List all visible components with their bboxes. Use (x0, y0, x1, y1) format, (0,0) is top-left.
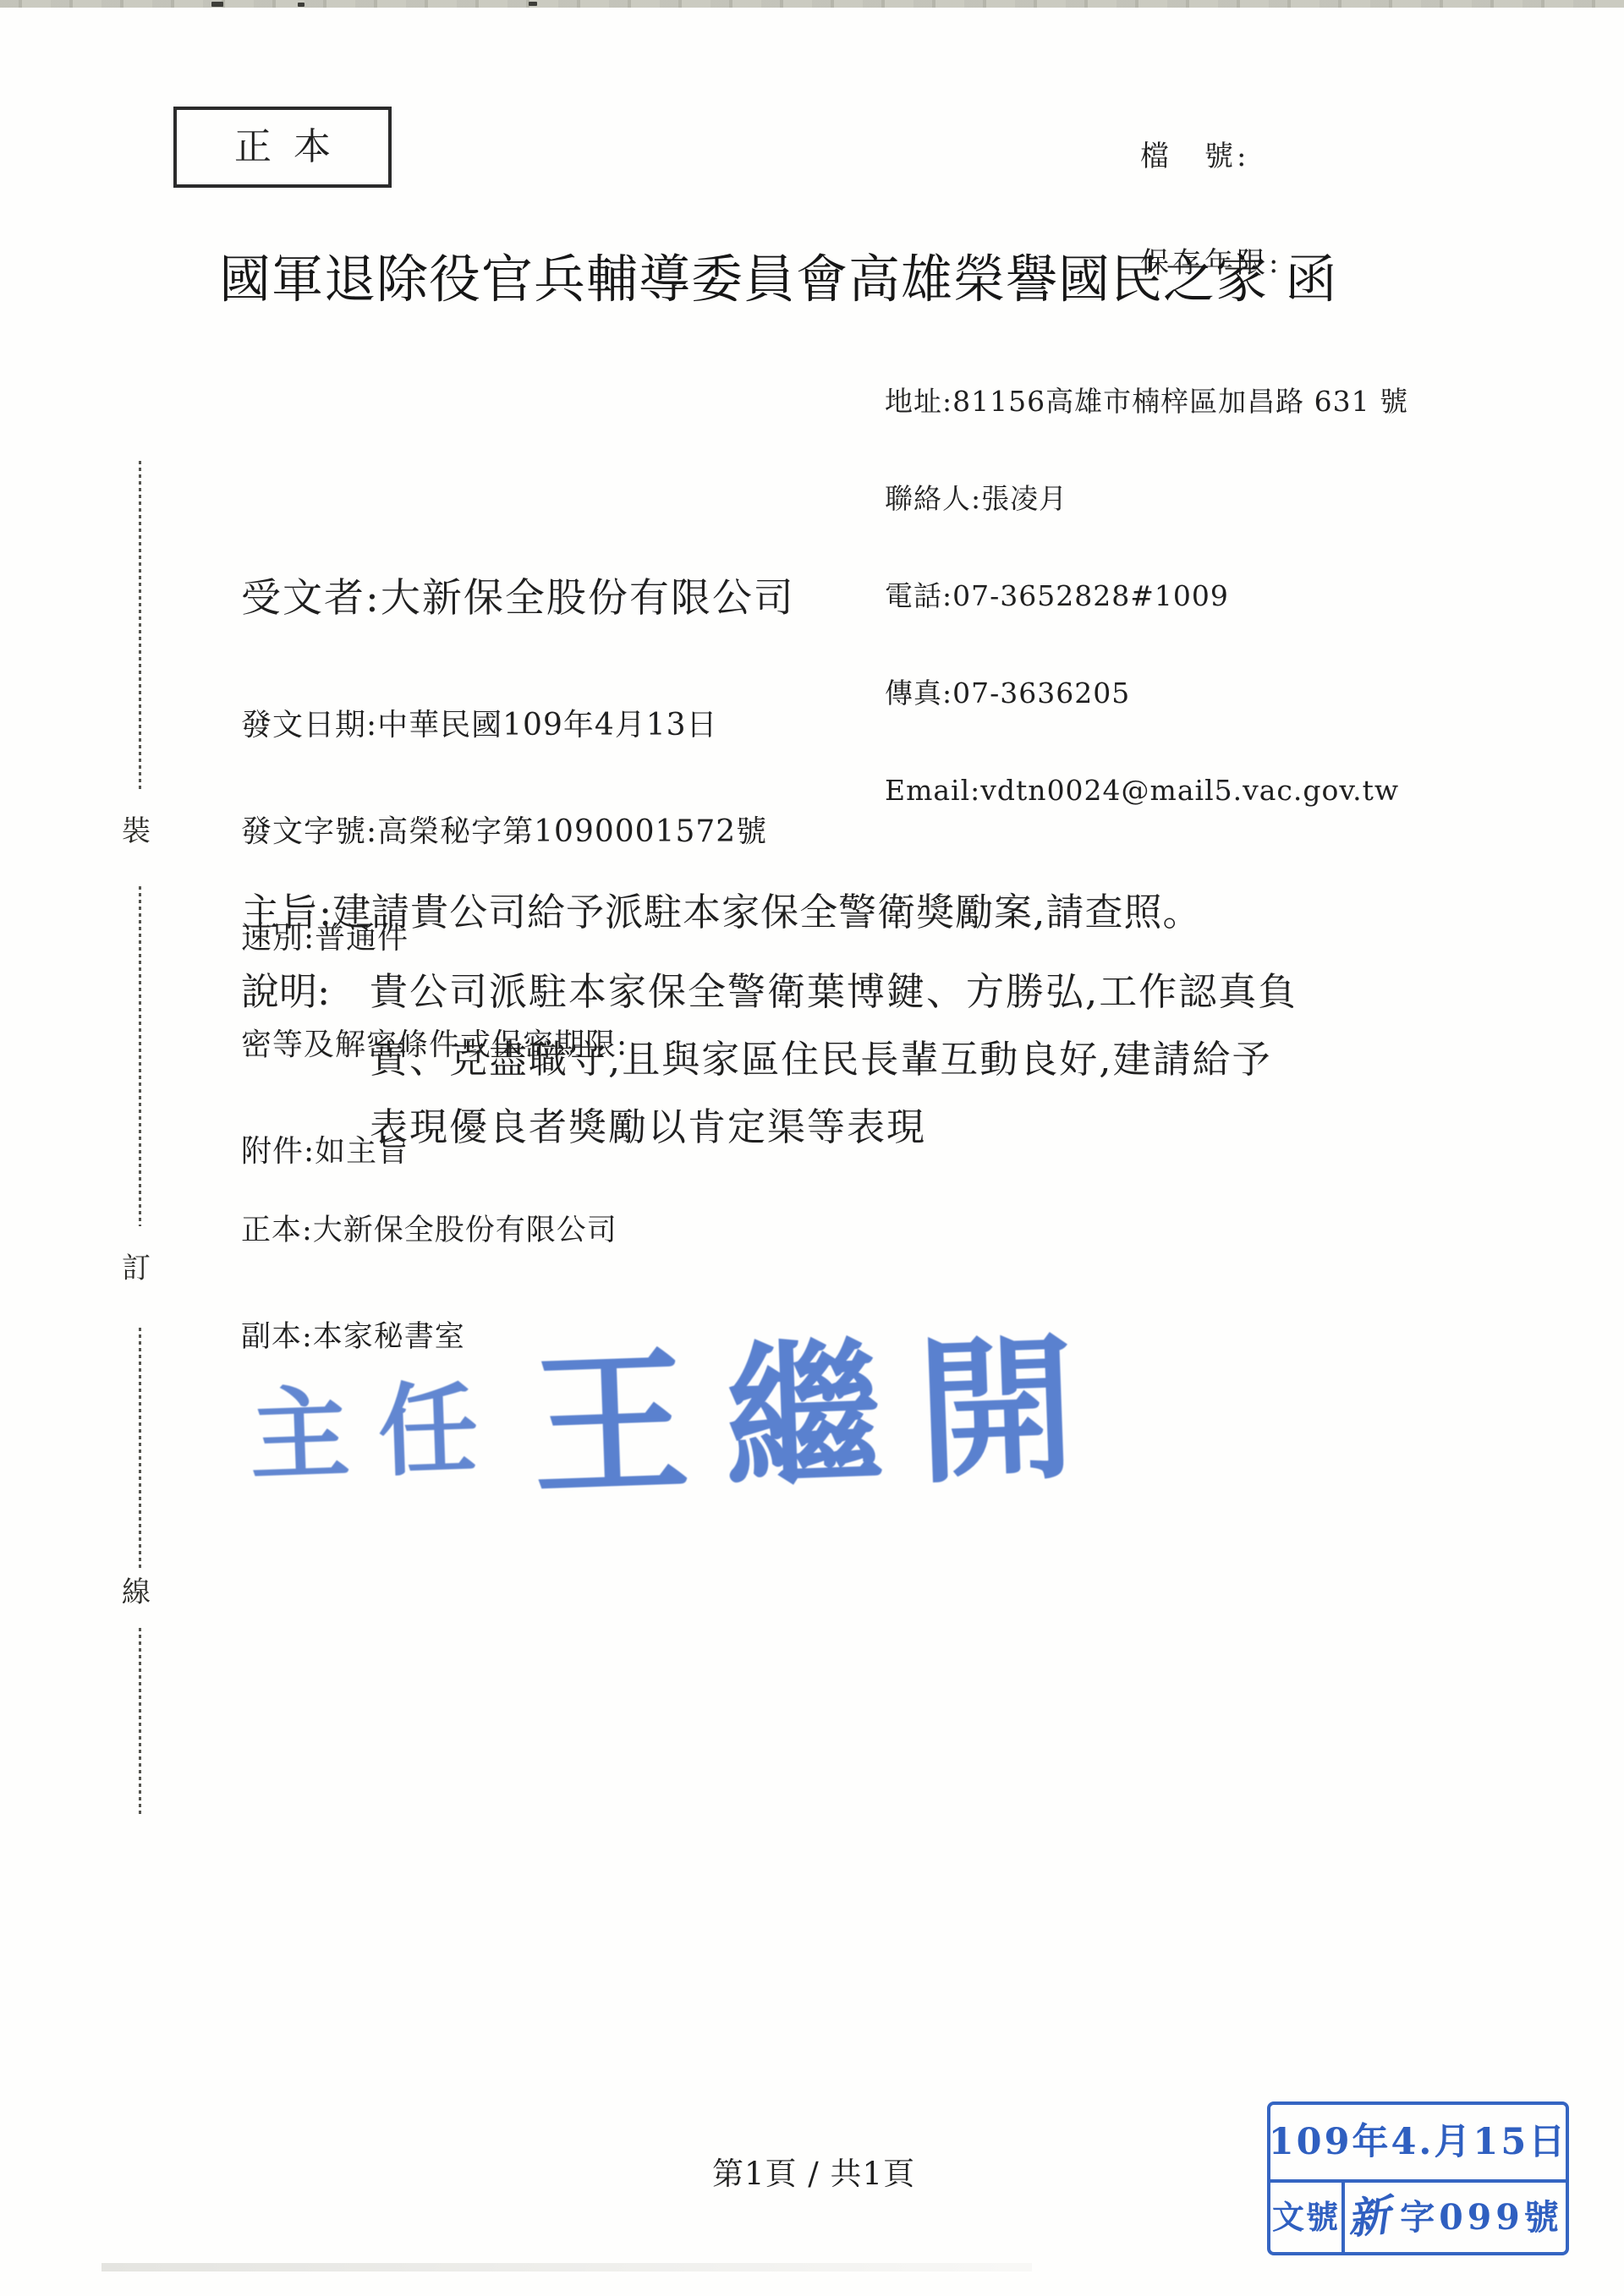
receipt-stamp-date: 109年4.月15日 (1270, 2105, 1566, 2183)
signature-stamp-title: 主任 (248, 1378, 508, 1487)
receipt-stamp-number-rest: 字099號 (1400, 2200, 1563, 2235)
scan-speck (211, 2, 223, 7)
scan-streak-artifact (101, 2263, 1032, 2271)
copy-type-label: 正本 (212, 129, 353, 166)
sender-email: Email:vdtn0024@mail5.vac.gov.tw (885, 776, 1408, 818)
document-title: 國軍退除役官兵輔導委員會高雄榮譽國民之家 函 (219, 254, 1337, 305)
subject-line: 主旨:建請貴公司給予派駐本家保全警衛獎勵案,請查照。 (241, 893, 1201, 931)
archive-block: 檔 號: 保存年限: (1140, 85, 1281, 355)
explanation-label: 說明: (241, 973, 330, 1011)
scan-speck (298, 3, 304, 7)
recipient-line: 受文者:大新保全股份有限公司 (241, 578, 795, 618)
sender-contact-person: 聯絡人:張凌月 (885, 485, 1408, 526)
copy-type-box: 正本 (173, 107, 392, 188)
issue-number-line: 發文字號:高榮秘字第1090001572號 (241, 817, 767, 863)
issue-date-line: 發文日期:中華民國109年4月13日 (241, 710, 767, 756)
explanation-line: 表現優良者獎勵以肯定渠等表現 (370, 1108, 926, 1146)
original-copy-line: 正本:大新保全股份有限公司 (241, 1216, 617, 1263)
scan-edge-artifact (0, 0, 1624, 8)
receipt-stamp-number-row: 文號 新 字099號 (1270, 2183, 1566, 2252)
binding-mark-xian: 線 (122, 1578, 151, 1607)
explanation-line: 責、克盡職守,且與家區住民長輩互動良好,建請給予 (370, 1040, 1272, 1078)
sender-fax: 傳真:07-3636205 (885, 679, 1408, 721)
document-meta-block: 發文日期:中華民國109年4月13日 發文字號:高榮秘字第1090001572號… (241, 649, 767, 1243)
binding-dotted-line (139, 1628, 141, 1816)
receipt-stamp-number-value: 新 字099號 (1345, 2183, 1566, 2252)
receipt-stamp-number-label: 文號 (1270, 2183, 1345, 2252)
signature-stamp-name: 王繼開 (529, 1328, 1113, 1505)
scanned-official-letter: 正本 檔 號: 保存年限: 國軍退除役官兵輔導委員會高雄榮譽國民之家 函 地址:… (0, 0, 1624, 2296)
explanation-line: 貴公司派駐本家保全警衛葉博鍵、方勝弘,工作認真負 (370, 973, 1298, 1011)
binding-dotted-line (139, 461, 141, 791)
binding-dotted-line (139, 1328, 141, 1570)
file-number-label: 檔 號: (1140, 142, 1281, 171)
binding-mark-ding: 訂 (122, 1254, 151, 1283)
scan-speck (529, 2, 537, 6)
page-number: 第1頁 / 共1頁 (712, 2158, 915, 2189)
director-signature-stamp: 主任 王繼開 (247, 1328, 1113, 1515)
sender-address: 地址:81156高雄市楠梓區加昌路 631 號 (885, 387, 1408, 429)
receipt-date-stamp: 109年4.月15日 文號 新 字099號 (1267, 2101, 1569, 2255)
sender-info-block: 地址:81156高雄市楠梓區加昌路 631 號 聯絡人:張凌月 電話:07-36… (885, 332, 1408, 874)
sender-phone: 電話:07-3652828#1009 (885, 582, 1408, 623)
binding-mark-zhuang: 裝 (122, 817, 151, 846)
receipt-stamp-number-prefix: 新 (1346, 2195, 1392, 2241)
binding-dotted-line (139, 886, 141, 1226)
